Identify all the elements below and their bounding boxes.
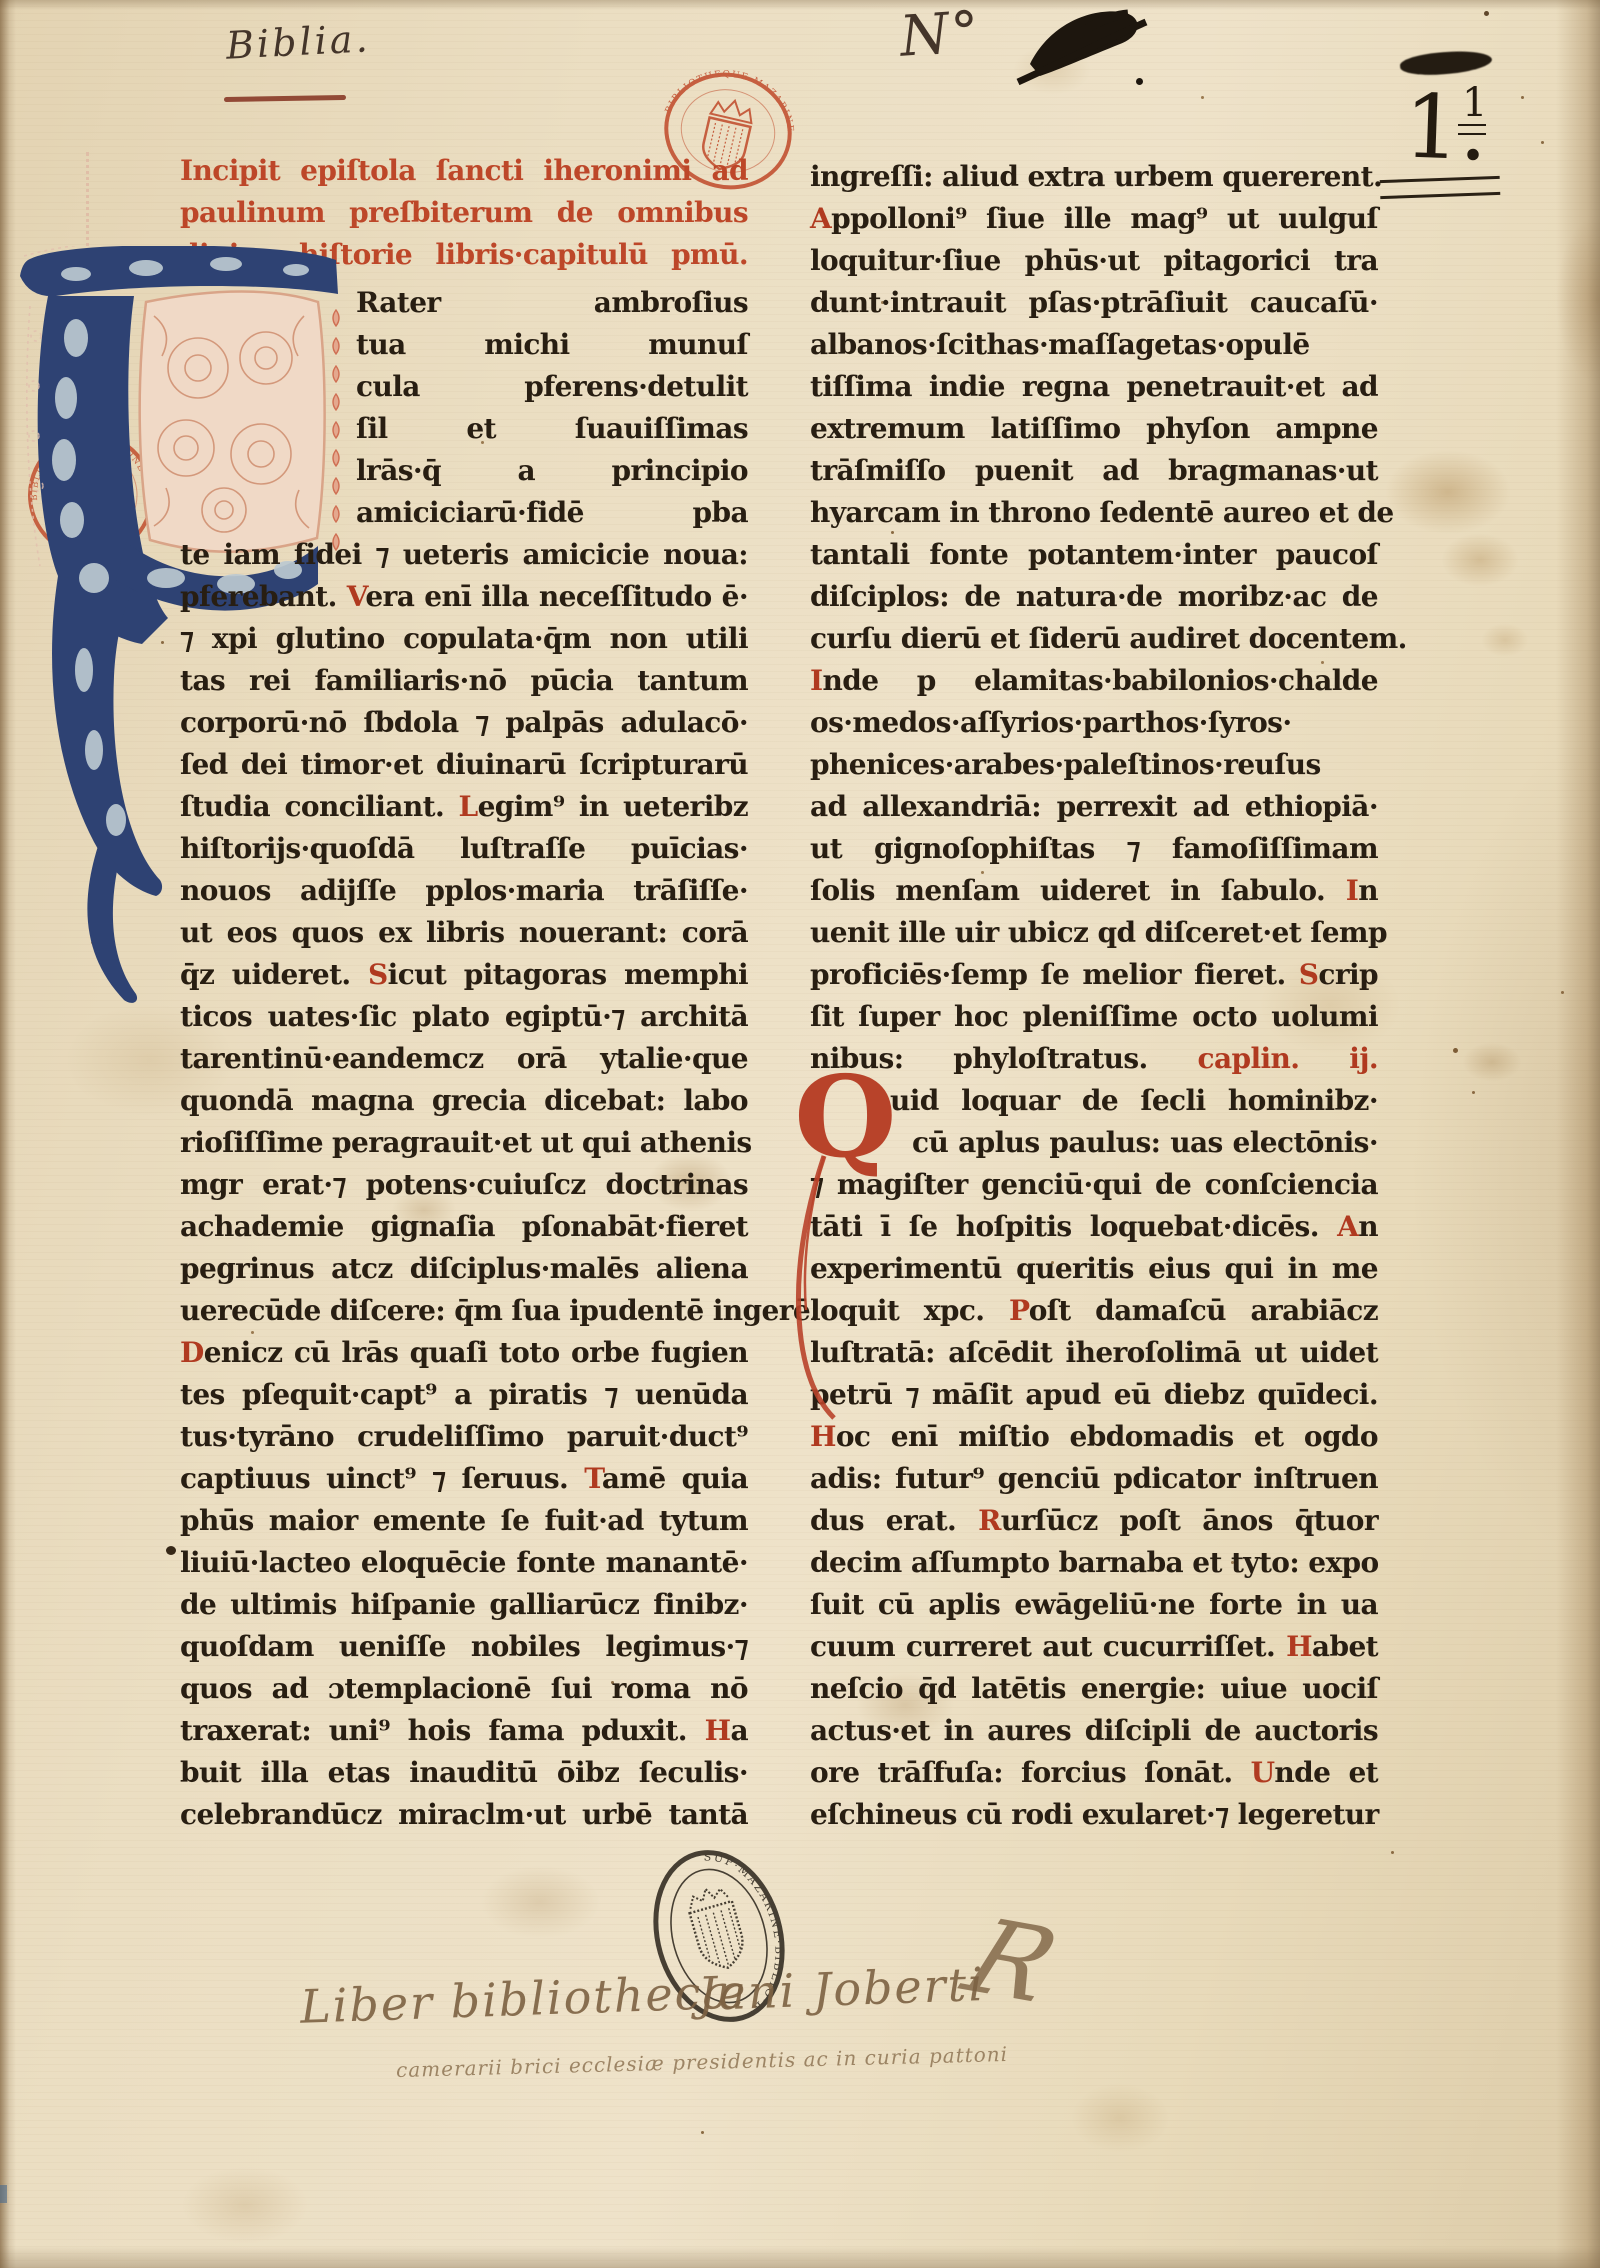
- text-line: tua michi munuſ: [356, 324, 748, 366]
- text-line: tiſſima indie regna penetrauit·et ad: [810, 366, 1378, 408]
- text-line: quoſdam ueniſſe nobiles legimus·⁊: [180, 1626, 748, 1668]
- text-line: nouos adijſſe pplos·maria trāſiſſe·: [180, 870, 748, 912]
- text-line: ut eos quos ex libris nouerant: corā: [180, 912, 748, 954]
- text-line: celebrandūcz miraclm·ut urbē tantā: [180, 1794, 748, 1836]
- text-line: ore trāſfuſa: forcius ſonāt. Unde et: [810, 1752, 1378, 1794]
- page-right-edge: [1556, 0, 1600, 2268]
- text-line: ſtudia conciliant. Legim⁹ in ueteribz: [180, 786, 748, 828]
- text-line: eſchineus cū rodi exularet·⁊ legeretur: [810, 1794, 1378, 1836]
- rubric-line: Incipit epiſtola ſancti iheronimi ad: [180, 150, 748, 192]
- folio-double-underline: [1380, 176, 1501, 199]
- text-line: curſu dierū et ſiderū audiret docentem.: [810, 618, 1378, 660]
- rubric-line: paulinum preſbiterum de omnibus: [180, 192, 748, 234]
- text-line: cula pferens·detulit: [356, 366, 748, 408]
- left-column-indented-text: Rater ambroſiustua michi munuſcula pfere…: [356, 282, 748, 534]
- text-line: loquitur·ſiue phūs·ut pitagorici tra: [810, 240, 1378, 282]
- text-line: ſit ſuper hoc pleniſſime octo uolumi: [810, 996, 1378, 1038]
- foxing-specks: [1484, 11, 1489, 16]
- text-line: tas rei familiaris·nō pūcia tantum: [180, 660, 748, 702]
- text-line: ſil et ſuauiſſimas: [356, 408, 748, 450]
- svg-text:BIBLIOTHEQUE MAZARINE: BIBLIOTHEQUE MAZARINE: [664, 56, 806, 142]
- text-line: loquit xpc. Poſt damaſcū arabiācz: [810, 1290, 1378, 1332]
- text-line: phūs maior emente ſe fuit·ad tytum: [180, 1500, 748, 1542]
- text-line: ingreſſi: aliud extra urbem quererent.: [810, 156, 1378, 198]
- text-line: cuum curreret aut cucurriſſet. Habet: [810, 1626, 1378, 1668]
- text-line: luſtratā: aſcēdit iheroſolimā ut uidet: [810, 1332, 1378, 1374]
- text-line: adis: futur⁹ genciū pdicator inſtruen: [810, 1458, 1378, 1500]
- text-line: te iam fidei ⁊ ueteris amicicie noua:: [180, 534, 748, 576]
- text-line: ſed dei timor·et diuinarū ſcripturarū: [180, 744, 748, 786]
- text-line: extremum latiſſimo phyſon ampne: [810, 408, 1378, 450]
- text-line: dunt·intrauit pſas·ptrāſiuit caucaſū·: [810, 282, 1378, 324]
- text-line: dus erat. Rurſūcz poſt ānos q̄tuor: [810, 1500, 1378, 1542]
- text-line: proficiēs·ſemp ſe melior fieret. Scrip: [810, 954, 1378, 996]
- text-line: ut gignoſophiſtas ⁊ famoſiſſimam: [810, 828, 1378, 870]
- page-bottom-edge: [0, 2246, 1600, 2268]
- text-line: ad allexandriā: perrexit ad ethiopiā·: [810, 786, 1378, 828]
- text-line: decim aſſumpto barnaba et tyto: expo: [810, 1542, 1378, 1584]
- text-line: petrū ⁊ māſit apud eū diebz quīdeci.: [810, 1374, 1378, 1416]
- text-line: tantali fonte potantem·inter paucoſ: [810, 534, 1378, 576]
- page-top-edge: [0, 0, 1600, 10]
- text-line: hyarcam in throno ſedentē aureo et de: [810, 492, 1378, 534]
- ink-smudge: [1399, 48, 1493, 78]
- text-line: liuiū·lacteo eloquēcie fonte manantē·: [180, 1542, 748, 1584]
- annotation-period: [1136, 78, 1143, 85]
- biblia-underline: [224, 95, 346, 102]
- text-line: actus·et in aures diſcipli de auctoris: [810, 1710, 1378, 1752]
- ink-speck: [0, 2185, 7, 2203]
- text-line: tus·tyrāno crudeliſſimo paruit·duct⁹: [180, 1416, 748, 1458]
- text-line: traxerat: uni⁹ hois fama pduxit. Ha: [180, 1710, 748, 1752]
- text-line: de ultimis hiſpanie galliarūcz finibz·: [180, 1584, 748, 1626]
- ownership-inscription-name: Jani Joberti: [697, 1957, 986, 2021]
- text-line: quos ad ɔtemplacionē ſui roma nō: [180, 1668, 748, 1710]
- text-line: buit illa etas inauditū ōibz ſeculis·: [180, 1752, 748, 1794]
- text-line: ſolis menſam uideret in ſabulo. In: [810, 870, 1378, 912]
- text-line: diſciplos: de natura·de moribz·ac de: [810, 576, 1378, 618]
- ownership-inscription-line2: camerarii brici ecclesiæ presidentis ac …: [396, 2042, 1009, 2082]
- text-line: ſuit cū aplis ewāgeliū·ne forte in ua: [810, 1584, 1378, 1626]
- text-line: tarentinū·eandemcz orā ytalie·que: [180, 1038, 748, 1080]
- text-line: phenices·arabes·paleſtinos·reuſus: [810, 744, 1378, 786]
- text-line: uenit ille uir ubicz qd diſceret·et ſemp: [810, 912, 1378, 954]
- text-line: hiſtorijs·quoſdā luſtraſſe puīcias·: [180, 828, 748, 870]
- left-column-text: te iam fidei ⁊ ueteris amicicie noua:pfe…: [180, 534, 748, 1836]
- text-line: achademie gignaſia pſonabāt·fieret: [180, 1206, 748, 1248]
- shelfmark-number-label: N°: [898, 0, 983, 70]
- text-line: quondā magna grecia dicebat: labo: [180, 1080, 748, 1122]
- biblia-annotation: Biblia.: [225, 16, 372, 67]
- folio-superscript-underline: [1458, 124, 1486, 135]
- text-line: Hoc enī miſtio ebdomadis et ogdo: [810, 1416, 1378, 1458]
- text-line: ticos uates·ſic plato egiptū·⁊ architā: [180, 996, 748, 1038]
- right-column-text: ingreſſi: aliud extra urbem quererent.Ap…: [810, 156, 1378, 1836]
- text-line: tāti ī ſe hoſpitis loquebat·dicēs. An: [810, 1206, 1378, 1248]
- text-line: albanos·ſcithas·maſſagetas·opulē: [810, 324, 1378, 366]
- text-line: captiuus uinct⁹ ⁊ ſeruus. Tamē quia: [180, 1458, 748, 1500]
- text-line: q̄z uideret. Sicut pitagoras memphi: [180, 954, 748, 996]
- text-line: Inde p elamitas·babilonios·chalde: [810, 660, 1378, 702]
- text-line: rioſiſſime peragrauit·et ut qui athenis: [180, 1122, 748, 1164]
- text-line: pferebant. Vera enī illa neceſſitudo ē·: [180, 576, 748, 618]
- folio-superscript: 1: [1462, 80, 1487, 126]
- text-line: lrās·q̄ a principio: [356, 450, 748, 492]
- text-line: Denicz cū lrās quaſi toto orbe fugien: [180, 1332, 748, 1374]
- text-line: Rater ambroſius: [356, 282, 748, 324]
- text-line: experimentū queritis eius qui in me: [810, 1248, 1378, 1290]
- text-line: neſcio q̄d latētis energie: uiue uociſ: [810, 1668, 1378, 1710]
- manuscript-page: Biblia. N° 1. 1 BIBLIOTHEQUE MAZARINE BI…: [0, 0, 1600, 2268]
- text-line: mgr erat·⁊ potens·cuiuſcz doctrinas: [180, 1164, 748, 1206]
- text-line: corporū·nō ſbdola ⁊ palpās adulacō·: [180, 702, 748, 744]
- text-line: amiciciarū·fidē pba: [356, 492, 748, 534]
- text-line: pegrinus atcz diſciplus·malēs aliena: [180, 1248, 748, 1290]
- text-line: Appolloni⁹ ſiue ille mag⁹ ut uulguſ: [810, 198, 1378, 240]
- text-line: tes pſequit·capt⁹ a piratis ⁊ uenūda: [180, 1374, 748, 1416]
- text-line: trāſmiſſo puenit ad bragmanas·ut: [810, 450, 1378, 492]
- margin-mark: [166, 1546, 176, 1555]
- text-line: os·medos·aſſyrios·parthos·ſyros·: [810, 702, 1378, 744]
- crossed-out-number-blot: [1002, 2, 1152, 94]
- text-line: ⁊ xpi glutino copulata·q̄m non utili: [180, 618, 748, 660]
- text-line: uerecūde diſcere: q̄m ſua ipudentē inger…: [180, 1290, 748, 1332]
- drop-cap-Q-tail: [784, 1150, 844, 1430]
